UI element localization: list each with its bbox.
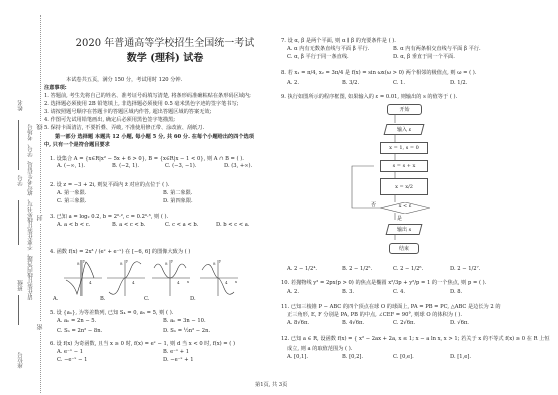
q8-option-c[interactable]: C. 1. [393, 80, 405, 86]
q7-option-b[interactable]: B. α 内有两条相交直线与平面 β 平行. [393, 45, 481, 52]
q4-option-b[interactable]: B. [100, 296, 105, 302]
q9-option-d[interactable]: D. 2 − 1/2⁷. [450, 266, 480, 272]
flowchart-output: 输出 s [386, 224, 423, 235]
q8-option-b[interactable]: B. 3/2. [342, 80, 359, 86]
field-class-label: 班级 [17, 280, 25, 291]
svg-text:8: 8 [165, 261, 168, 266]
svg-text:x: x [235, 280, 237, 284]
exam-title: 2020 年普通高等学校招生全国统一考试 [55, 34, 275, 49]
svg-text:4: 4 [225, 280, 228, 285]
q6-option-c[interactable]: C. −e⁻ˣ − 1 [57, 357, 87, 363]
flowchart-input: 输入 ε [384, 124, 425, 135]
field-name-label: 姓名 [17, 100, 25, 111]
q9-option-a[interactable]: A. 2 − 1/2⁴. [287, 266, 317, 272]
q11-option-a[interactable]: A. 8√6π. [287, 320, 309, 326]
notice-item: 4. 作图可先试用铅笔画出, 确定后必须用黑色签字笔描黑; [44, 116, 175, 123]
notice-item: 3. 请按照题号顺序在答题卡的答题区域内作答, 超出答题区域的答案无效; [44, 108, 211, 115]
q4-graph-b: 8y4 [105, 258, 147, 298]
binding-margin: 姓名 学号 班级 座位号 请在装订线内答题，不要在装订线外书写，填写考生信息、学… [0, 0, 45, 395]
svg-text:4: 4 [132, 280, 135, 285]
intro-text: 本试卷共五页，满分 150 分，考试用时 120 分钟. [66, 76, 182, 83]
question-11: 11. 已知三棱锥 P − ABC 的四个顶点在球 O 的球面上, PA = P… [281, 303, 501, 310]
q7-option-c[interactable]: C. α, β 平行于同一条直线. [287, 53, 349, 60]
question-9: 9. 执行如图所示的程序框图, 如果输入的 ε = 0.01, 则输出的 s 的… [281, 93, 457, 100]
question-6: 6. 设 f(x) 为奇函数, 且当 x ≥ 0 时, f(x) = eˣ − … [50, 340, 235, 347]
q5-option-d[interactable]: D. Sₙ = ½n² − 2n. [163, 328, 210, 334]
q12-option-b[interactable]: B. [0,2]. [342, 354, 363, 360]
notice-heading: 注意事项: [44, 84, 67, 91]
id-field-line [18, 200, 19, 245]
q5-option-a[interactable]: A. aₙ = 2n − 5. [57, 318, 96, 324]
q6-option-d[interactable]: D. −e⁻ˣ + 1 [163, 357, 194, 363]
flowchart-step-sum: s = s + x [380, 160, 428, 172]
q12-option-d[interactable]: D. [1,e]. [450, 354, 471, 360]
q3-option-b[interactable]: B. a < c < b. [112, 222, 145, 228]
q11-option-c[interactable]: C. 2√6π. [393, 320, 415, 326]
question-5: 5. 设 {aₙ}, 为等差数列, 已知 S₄ = 0, a₅ = 5, 则 (… [50, 309, 173, 316]
flowchart-condition: x < ε [380, 203, 430, 209]
svg-text:y: y [82, 259, 85, 263]
q11-option-b[interactable]: B. 4√6π. [342, 320, 364, 326]
q7-option-d[interactable]: D. α, β 垂直于同一个平面. [393, 53, 455, 60]
field-seat-label: 座位号 [17, 352, 25, 369]
section-heading-cont: 中, 只有一个是符合题目要求 [44, 141, 110, 148]
q6-option-a[interactable]: A. e⁻ˣ − 1 [57, 349, 83, 355]
svg-text:x: x [187, 280, 189, 284]
q10-option-b[interactable]: B. 3. [342, 289, 354, 295]
q4-option-c[interactable]: C. [144, 296, 149, 302]
svg-text:y: y [125, 259, 128, 263]
class-field-line [18, 295, 19, 325]
q1-option-a[interactable]: A. (−∞, 1). [57, 163, 85, 169]
q3-option-c[interactable]: C. c < a < b. [165, 222, 198, 228]
q2-option-c[interactable]: C. 第三象限. [57, 197, 86, 204]
q2-option-d[interactable]: D. 第四象限. [163, 197, 193, 204]
q2-option-b[interactable]: B. 第二象限. [163, 189, 193, 196]
question-12: 12. 已知 a ∈ R, 设函数 f(x) = { x² − 2ax + 2a… [281, 335, 550, 342]
binding-dotted-line [40, 15, 41, 393]
q8-option-d[interactable]: D. 1/2. [450, 80, 467, 86]
q7-option-a[interactable]: A. α 内有无数条直线与平面 β 平行. [287, 45, 369, 52]
q5-option-c[interactable]: C. Sₙ = 2n² − 8n. [57, 328, 102, 334]
exam-subtitle: 数学 (理科) 试卷 [55, 49, 275, 64]
q9-option-b[interactable]: B. 2 − 1/2⁵. [342, 266, 372, 272]
notice-item: 5. 保持卡面清洁, 不要折叠、弄破, 不准使用修正带、涂改液、刮纸刀. [44, 124, 204, 131]
q1-option-b[interactable]: B. (−2, 1). [112, 163, 139, 169]
page-footer: 第1页, 共 3页 [255, 381, 287, 388]
q4-graph-d: 8y4x [198, 258, 240, 298]
flowchart-no-label: 否 [371, 201, 376, 208]
q2-option-a[interactable]: A. 第一象限. [57, 189, 86, 196]
question-8: 8. 若 x₁ = π/4, x₂ = 3π/4 是 f(x) = sin ωx… [281, 69, 476, 76]
binding-instruction: 请在装订线内答题，不要在装订线外书写，填写考生信息、学号、考场号 [27, 140, 35, 300]
name-field-line [18, 120, 19, 170]
q12-option-a[interactable]: A. [0,1]. [287, 354, 308, 360]
flowchart-start: 开始 [387, 104, 422, 115]
q1-option-d[interactable]: D. (3, +∞). [224, 163, 252, 169]
q8-option-a[interactable]: A. 2. [287, 80, 299, 86]
q5-option-b[interactable]: B. aₙ = 3n − 10. [163, 318, 206, 324]
svg-text:8: 8 [77, 261, 80, 266]
q3-option-a[interactable]: A. a < b < c. [57, 222, 90, 228]
q3-option-d[interactable]: D. b < c < a. [216, 222, 250, 228]
q4-graph-c: 8y4x [150, 258, 192, 298]
q4-option-d[interactable]: D. [190, 296, 196, 302]
svg-text:4: 4 [177, 280, 180, 285]
q10-option-a[interactable]: A. 2. [287, 289, 299, 295]
question-10: 10. 若抛物线 y² = 2px(p > 0) 的焦点是椭圆 x²/3p + … [281, 279, 486, 286]
q9-option-c[interactable]: C. 2 − 1/2⁶. [393, 266, 423, 272]
question-4: 4. 函数 f(x) = 2x³ / (eˣ + e⁻ˣ) 在 [−6, 6] … [50, 248, 190, 255]
svg-text:8: 8 [120, 261, 123, 266]
flowchart-init: x = 1, s = 0 [380, 142, 428, 154]
notice-item: 1. 答题前, 考生先将自己的姓名、准考证号码填写清楚, 将条形码准确粘贴在条形… [44, 92, 251, 99]
question-2: 2. 设 z = −3 + 2i, 则复平面内 z̄ 对应的点位于 ( ). [50, 181, 169, 188]
notice-item: 2. 选择题必须使用 2B 铅笔填上, 非选择题必须使用 0.5 毫米黑色字迹的… [44, 100, 238, 107]
question-7: 7. 设 α, β 是两个平面, 则 α ∥ β 的充要条件是 ( ). [281, 37, 396, 44]
q4-option-a[interactable]: A. [53, 296, 58, 302]
seal-char-secret: 密 [36, 322, 45, 332]
question-3: 3. 已知 a = log₂ 0.2, b = 2⁰·², c = 0.2⁰·³… [50, 213, 168, 220]
q10-option-c[interactable]: C. 4. [393, 289, 405, 295]
question-1: 1. 设集合 A = {x∈R|x² − 5x + 6 > 0}, B = {x… [50, 155, 244, 162]
svg-text:y: y [170, 259, 173, 263]
flowchart-yes-label: 是 [397, 215, 402, 222]
q11-option-d[interactable]: D. √6π. [450, 320, 469, 326]
flowchart-end: 结束 [389, 243, 419, 254]
question-11-cont: 正三角形, E, F 分别是 PA, PB 的中点, ∠CEF = 90°, 则… [287, 311, 462, 318]
seal-char-seal: 封 [36, 213, 45, 223]
section-heading: 第一部分 选择题 本题共 12 小题, 每小题 5 分, 共 60 分. 在每个… [55, 133, 254, 140]
svg-text:y: y [218, 259, 221, 263]
q1-option-c[interactable]: C. (−3, −1). [165, 163, 196, 169]
q10-option-d[interactable]: D. 8. [450, 289, 462, 295]
flowchart-step-halve: x = x/2 [380, 178, 428, 195]
svg-text:8: 8 [213, 261, 216, 266]
q4-graph-a: 8y4 [62, 258, 104, 298]
q12-option-c[interactable]: C. [0,e]. [393, 354, 414, 360]
svg-text:4: 4 [89, 280, 92, 285]
question-12-cont: 成立, 则 a 的取值范围为 ( ). [287, 345, 352, 352]
field-id-label: 学号 [17, 175, 25, 186]
q6-option-b[interactable]: B. e⁻ˣ + 1 [163, 349, 189, 355]
